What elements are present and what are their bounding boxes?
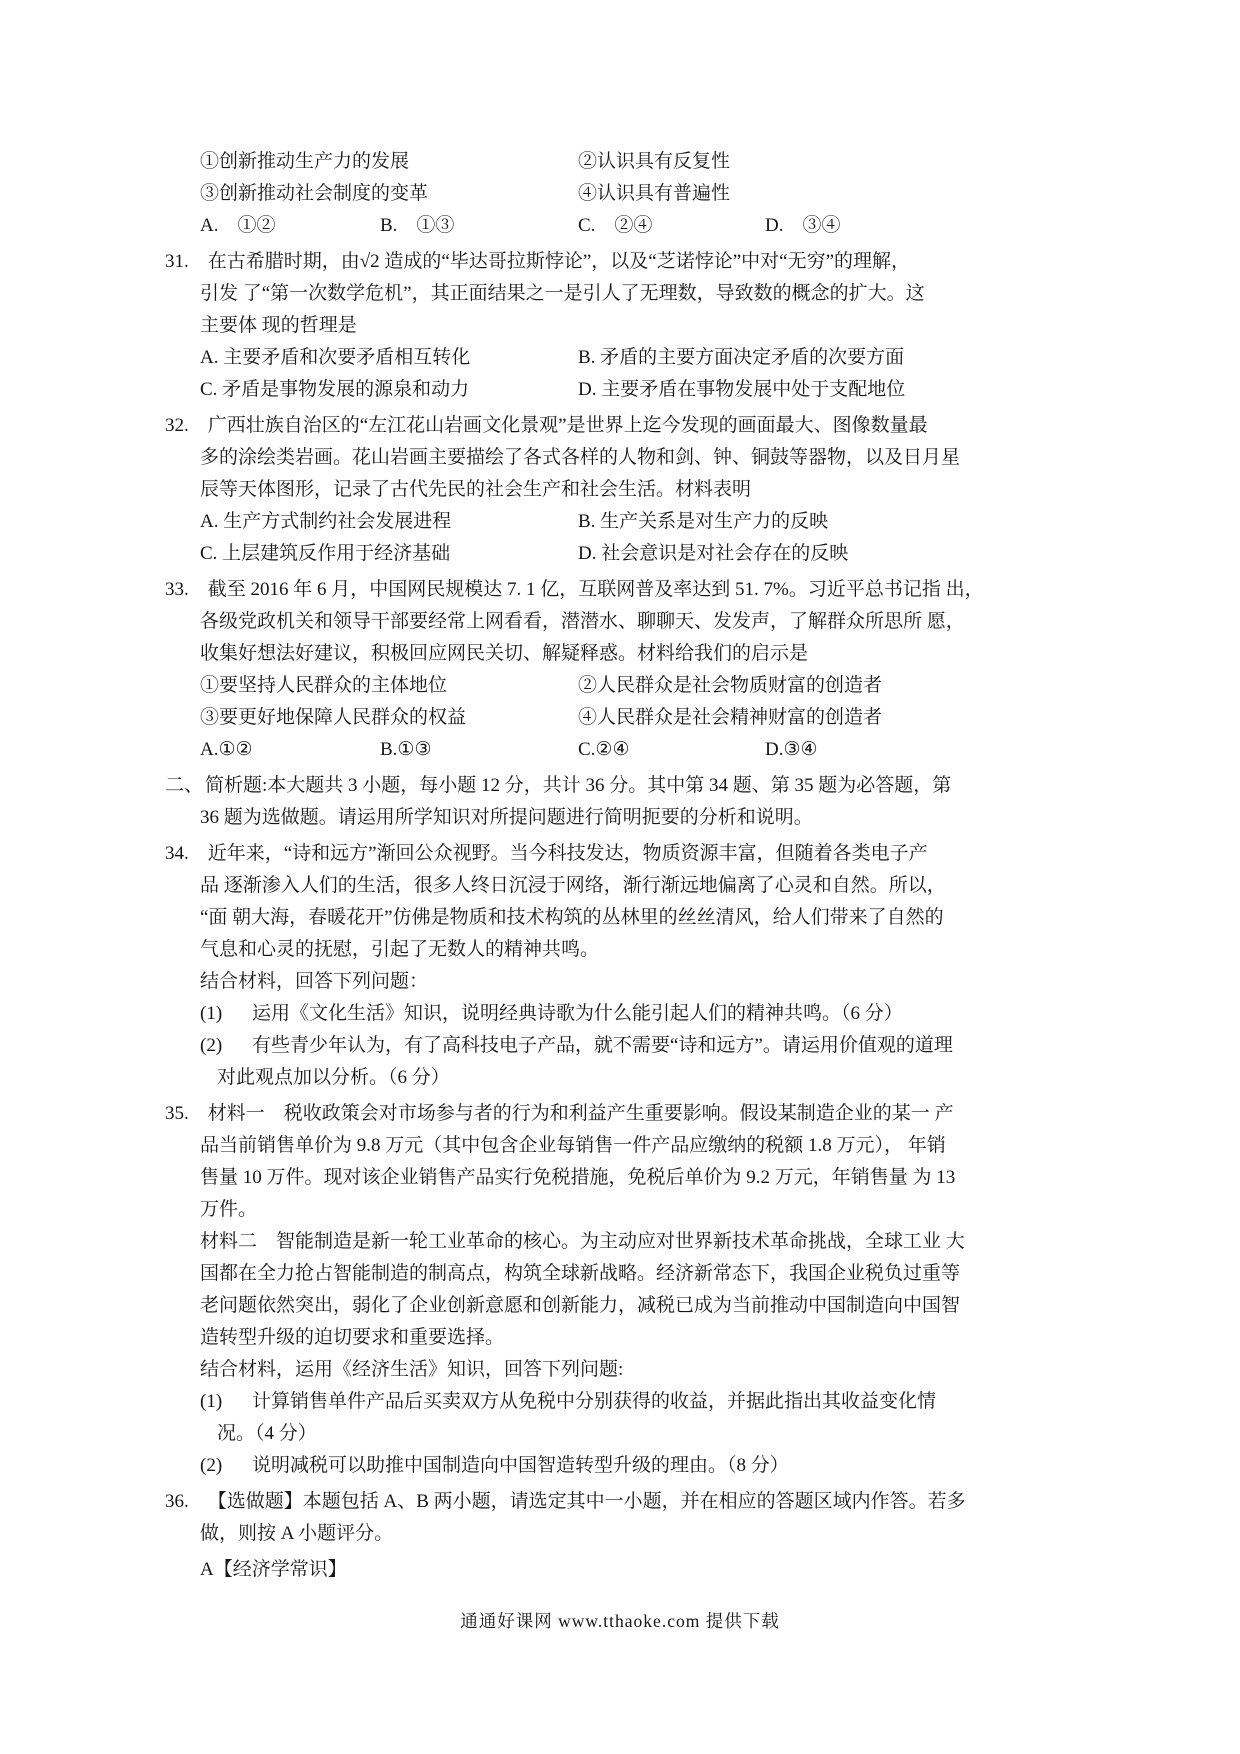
q34-stem-text: 近年来，“诗和远方”渐回公众视野。当今科技发达，物质资源丰富，但随着各类电子产 (208, 843, 928, 864)
q32-stem-line-3: 辰等天体图形，记录了古代先民的社会生产和社会生活。材料表明 (165, 474, 985, 506)
q33-choice-c: C.②④ (578, 734, 630, 766)
q34-sub2-text: 有些青少年认为，有了高科技电子产品，就不需要“诗和远方”。请运用价值观的道理 (252, 1035, 953, 1056)
q35-sub1-text: 计算销售单件产品后买卖双方从免税中分别获得的收益，并据此指出其收益变化情 (252, 1391, 936, 1412)
q31-number: 31. (165, 246, 203, 278)
q33-choice-b: B.①③ (380, 734, 432, 766)
q35-material2-line-1: 材料二 智能制造是新一轮工业革命的核心。为主动应对世界新技术革命挑战，全球工业 … (165, 1226, 985, 1258)
q31-option-c: C. 矛盾是事物发展的源泉和动力 (200, 374, 469, 406)
q35-material1-line-2: 品当前销售单价为 9.8 万元（其中包含企业每销售一件产品应缴纳的税额 1.8 … (165, 1130, 985, 1162)
q35-material2-line-4: 造转型升级的迫切要求和重要选择。 (165, 1322, 985, 1354)
q35-material2-line-3: 老问题依然突出，弱化了企业创新意愿和创新能力，减税已成为当前推动中国制造向中国智 (165, 1290, 985, 1322)
q35-material2-line-2: 国都在全力抢占智能制造的制高点，构筑全球新战略。经济新常态下，我国企业税负过重等 (165, 1258, 985, 1290)
q33-stem-text: 截至 2016 年 6 月，中国网民规模达 7. 1 亿，互联网普及率达到 51… (208, 579, 984, 600)
q31-stem-line-3: 主要体 现的哲理是 (165, 310, 985, 342)
q32-option-a: A. 生产方式制约社会发展进程 (200, 506, 451, 538)
q34-stem-line-2: 品 逐渐渗入人们的生活，很多人终日沉浸于网络，渐行渐远地偏离了心灵和自然。所以， (165, 870, 985, 902)
q32-stem-line-1: 32. 广西壮族自治区的“左江花山岩画文化景观”是世界上迄今发现的画面最大、图像… (165, 410, 985, 442)
q32-options-row-1: A. 生产方式制约社会发展进程 B. 生产关系是对生产力的反映 (165, 506, 985, 538)
q36-text: 【选做题】本题包括 A、B 两小题，请选定其中一小题，并在相应的答题区域内作答。… (208, 1491, 966, 1512)
q35-material1-line-1: 35. 材料一 税收政策会对市场参与者的行为和利益产生重要影响。假设某制造企业的… (165, 1098, 985, 1130)
q33-suboption-1: ①要坚持人民群众的主体地位 (200, 670, 447, 702)
q31-options-row-1: A. 主要矛盾和次要矛盾相互转化 B. 矛盾的主要方面决定矛盾的次要方面 (165, 342, 985, 374)
section2-header-line-2: 36 题为选做题。请运用所学知识对所提问题进行简明扼要的分析和说明。 (165, 802, 985, 834)
q33-stem-line-3: 收集好想法好建议，积极回应网民关切、解疑释惑。材料给我们的启示是 (165, 638, 985, 670)
footer-watermark: 通通好课网 www.tthaoke.com 提供下载 (0, 1608, 1240, 1633)
q35-material1-line-4: 万件。 (165, 1194, 985, 1226)
q31-option-d: D. 主要矛盾在事物发展中处于支配地位 (578, 374, 905, 406)
q34-stem-line-1: 34. 近年来，“诗和远方”渐回公众视野。当今科技发达，物质资源丰富，但随着各类… (165, 838, 985, 870)
q30-suboption-row: ①创新推动生产力的发展 ②认识具有反复性 (165, 146, 985, 178)
q30-suboption-1: ①创新推动生产力的发展 (200, 146, 409, 178)
q35-material1-line-3: 售量 10 万件。现对该企业销售产品实行免税措施，免税后单价为 9.2 万元，年… (165, 1162, 985, 1194)
q31-stem-line-2: 引发 了“第一次数学危机”，其正面结果之一是引人了无理数，导致数的概念的扩大。这 (165, 278, 985, 310)
q34-subquestion-2-cont: 对此观点加以分析。（6 分） (165, 1062, 985, 1094)
q33-suboption-row-1: ①要坚持人民群众的主体地位 ②人民群众是社会物质财富的创造者 (165, 670, 985, 702)
q33-suboption-row-2: ③要更好地保障人民群众的权益 ④人民群众是社会精神财富的创造者 (165, 702, 985, 734)
q35-subquestion-1: (1)计算销售单件产品后买卖双方从免税中分别获得的收益，并据此指出其收益变化情 (165, 1386, 985, 1418)
q30-choice-a: A. ①② (200, 210, 275, 242)
q35-sub2-text: 说明减税可以助推中国制造向中国智造转型升级的理由。（8 分） (252, 1455, 789, 1476)
q34-sub1-marker: (1) (200, 998, 252, 1030)
q31-stem-line-1: 31. 在古希腊时期，由√2 造成的“毕达哥拉斯悖论”，以及“芝诺悖论”中对“无… (165, 246, 985, 278)
q35-prompt: 结合材料，运用《经济生活》知识，回答下列问题: (165, 1354, 985, 1386)
q34-sub1-text: 运用《文化生活》知识，说明经典诗歌为什么能引起人们的精神共鸣。（6 分） (252, 1003, 903, 1024)
q31-options-row-2: C. 矛盾是事物发展的源泉和动力 D. 主要矛盾在事物发展中处于支配地位 (165, 374, 985, 406)
q33-choice-a: A.①② (200, 734, 253, 766)
q33-choice-d: D.③④ (765, 734, 818, 766)
q34-stem-line-3: “面 朝大海，春暖花开”仿佛是物质和技术构筑的丛林里的丝丝清风，给人们带来了自然… (165, 902, 985, 934)
exam-page: ①创新推动生产力的发展 ②认识具有反复性 ③创新推动社会制度的变革 ④认识具有普… (0, 0, 1240, 1754)
q34-number: 34. (165, 838, 203, 870)
q32-stem-line-2: 多的涂绘类岩画。花山岩画主要描绘了各式各样的人物和剑、钟、铜鼓等器物，以及日月星 (165, 442, 985, 474)
q35-sub2-marker: (2) (200, 1450, 252, 1482)
q31-stem-text: 在古希腊时期，由√2 造成的“毕达哥拉斯悖论”，以及“芝诺悖论”中对“无穷”的理… (208, 251, 910, 272)
q32-options-row-2: C. 上层建筑反作用于经济基础 D. 社会意识是对社会存在的反映 (165, 538, 985, 570)
q34-stem-line-4: 气息和心灵的抚慰，引起了无数人的精神共鸣。 (165, 934, 985, 966)
q35-material1-text: 材料一 税收政策会对市场参与者的行为和利益产生重要影响。假设某制造企业的某一 产 (208, 1103, 954, 1124)
q30-suboption-4: ④认识具有普遍性 (578, 178, 730, 210)
q34-prompt: 结合材料，回答下列问题： (165, 966, 985, 998)
section2-header-line-1: 二、简析题:本大题共 3 小题，每小题 12 分，共计 36 分。其中第 34 … (165, 770, 985, 802)
q33-suboption-3: ③要更好地保障人民群众的权益 (200, 702, 466, 734)
exam-content: ①创新推动生产力的发展 ②认识具有反复性 ③创新推动社会制度的变革 ④认识具有普… (165, 146, 985, 1586)
q32-option-d: D. 社会意识是对社会存在的反映 (578, 538, 848, 570)
q35-number: 35. (165, 1098, 203, 1130)
q31-option-a: A. 主要矛盾和次要矛盾相互转化 (200, 342, 470, 374)
q36-choice-a-label: A【经济学常识】 (165, 1554, 985, 1586)
q35-sub1-marker: (1) (200, 1386, 252, 1418)
q33-choices-row: A.①② B.①③ C.②④ D.③④ (165, 734, 985, 766)
q34-sub2-marker: (2) (200, 1030, 252, 1062)
q32-option-c: C. 上层建筑反作用于经济基础 (200, 538, 450, 570)
q36-number: 36. (165, 1486, 203, 1518)
q30-suboption-3: ③创新推动社会制度的变革 (200, 178, 428, 210)
q30-choice-b: B. ①③ (380, 210, 454, 242)
q35-subquestion-1-cont: 况。（4 分） (165, 1418, 985, 1450)
q32-option-b: B. 生产关系是对生产力的反映 (578, 506, 828, 538)
q30-choice-d: D. ③④ (765, 210, 840, 242)
q30-suboption-2: ②认识具有反复性 (578, 146, 730, 178)
q33-number: 33. (165, 574, 203, 606)
q33-stem-line-2: 各级党政机关和领导干部要经常上网看看，潜潜水、聊聊天、发发声，了解群众所思所 愿… (165, 606, 985, 638)
q32-stem-text: 广西壮族自治区的“左江花山岩画文化景观”是世界上迄今发现的画面最大、图像数量最 (208, 415, 928, 436)
q31-option-b: B. 矛盾的主要方面决定矛盾的次要方面 (578, 342, 904, 374)
q30-choice-c: C. ②④ (578, 210, 652, 242)
q33-suboption-4: ④人民群众是社会精神财富的创造者 (578, 702, 882, 734)
q34-subquestion-1: (1)运用《文化生活》知识，说明经典诗歌为什么能引起人们的精神共鸣。（6 分） (165, 998, 985, 1030)
q36-line-1: 36. 【选做题】本题包括 A、B 两小题，请选定其中一小题，并在相应的答题区域… (165, 1486, 985, 1518)
q32-number: 32. (165, 410, 203, 442)
q33-suboption-2: ②人民群众是社会物质财富的创造者 (578, 670, 882, 702)
q33-stem-line-1: 33. 截至 2016 年 6 月，中国网民规模达 7. 1 亿，互联网普及率达… (165, 574, 985, 606)
section2-text: 简析题:本大题共 3 小题，每小题 12 分，共计 36 分。其中第 34 题、… (205, 775, 951, 796)
q34-subquestion-2: (2)有些青少年认为，有了高科技电子产品，就不需要“诗和远方”。请运用价值观的道… (165, 1030, 985, 1062)
section2-label: 二、 (165, 770, 205, 802)
q30-suboption-row: ③创新推动社会制度的变革 ④认识具有普遍性 (165, 178, 985, 210)
q30-choices-row: A. ①② B. ①③ C. ②④ D. ③④ (165, 210, 985, 242)
q36-line-2: 做，则按 A 小题评分。 (165, 1518, 985, 1550)
q35-subquestion-2: (2)说明减税可以助推中国制造向中国智造转型升级的理由。（8 分） (165, 1450, 985, 1482)
